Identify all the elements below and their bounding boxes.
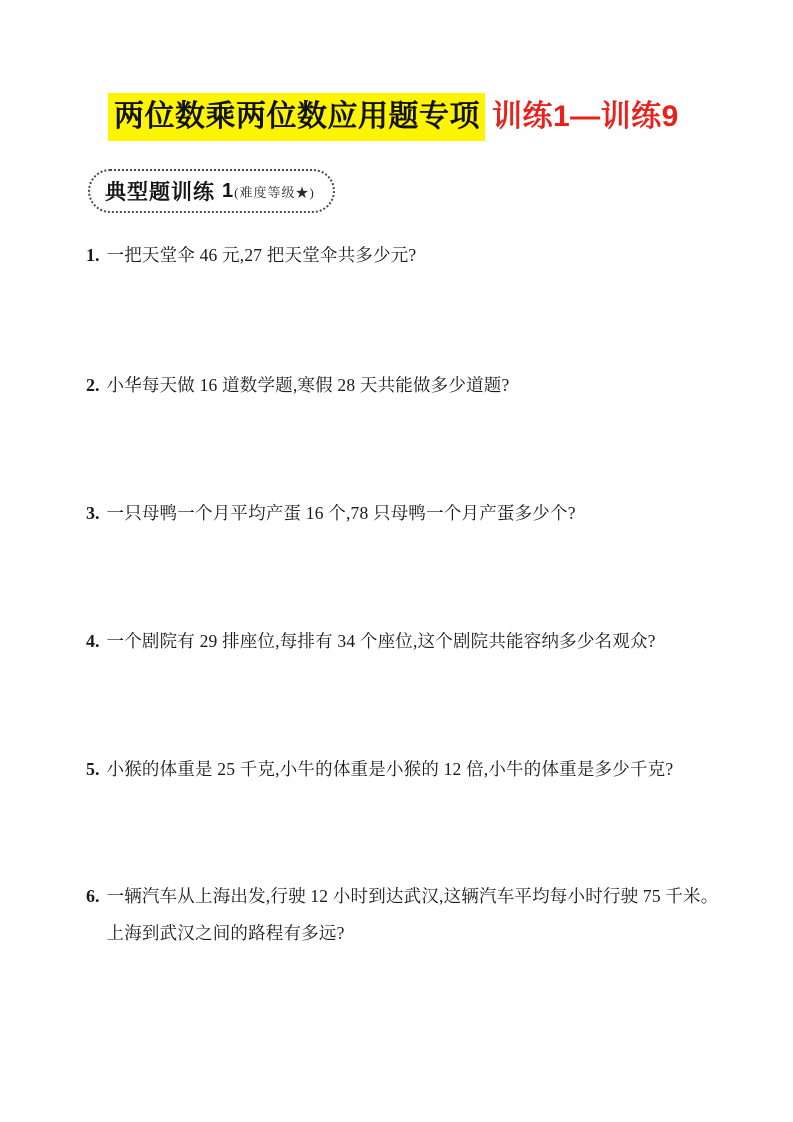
- question-text-line: 小猴的体重是 25 千克,小牛的体重是小猴的 12 倍,小牛的体重是多少千克?: [107, 751, 767, 788]
- question-item: 3.一只母鸭一个月平均产蛋 16 个,78 只母鸭一个月产蛋多少个?: [86, 495, 766, 532]
- question-text-line: 上海到武汉之间的路程有多远?: [107, 915, 767, 952]
- question-text: 一只母鸭一个月平均产蛋 16 个,78 只母鸭一个月产蛋多少个?: [107, 495, 767, 532]
- question-text: 小华每天做 16 道数学题,寒假 28 天共能做多少道题?: [107, 367, 767, 404]
- question-text: 小猴的体重是 25 千克,小牛的体重是小猴的 12 倍,小牛的体重是多少千克?: [107, 751, 767, 788]
- section-badge: 典型题训练 1 (难度等级★): [88, 169, 335, 213]
- question-text-line: 一只母鸭一个月平均产蛋 16 个,78 只母鸭一个月产蛋多少个?: [107, 495, 767, 532]
- question-number: 5.: [86, 751, 100, 788]
- title-highlighted-text: 两位数乘两位数应用题专项: [108, 93, 485, 141]
- question-number: 4.: [86, 623, 100, 660]
- question-text-line: 一辆汽车从上海出发,行驶 12 小时到达武汉,这辆汽车平均每小时行驶 75 千米…: [107, 878, 767, 915]
- question-text-line: 小华每天做 16 道数学题,寒假 28 天共能做多少道题?: [107, 367, 767, 404]
- question-number: 3.: [86, 495, 100, 532]
- question-text: 一把天堂伞 46 元,27 把天堂伞共多少元?: [107, 237, 767, 274]
- question-text: 一个剧院有 29 排座位,每排有 34 个座位,这个剧院共能容纳多少名观众?: [107, 623, 767, 660]
- question-text: 一辆汽车从上海出发,行驶 12 小时到达武汉,这辆汽车平均每小时行驶 75 千米…: [107, 878, 767, 952]
- title-training-range: 训练1—训练9: [492, 100, 679, 133]
- question-number: 1.: [86, 237, 100, 274]
- page-title: 两位数乘两位数应用题专项训练1—训练9: [108, 93, 679, 141]
- question-item: 1.一把天堂伞 46 元,27 把天堂伞共多少元?: [86, 237, 766, 274]
- question-number: 6.: [86, 878, 100, 915]
- question-number: 2.: [86, 367, 100, 404]
- question-item: 6.一辆汽车从上海出发,行驶 12 小时到达武汉,这辆汽车平均每小时行驶 75 …: [86, 878, 766, 952]
- badge-difficulty: (难度等级★): [234, 182, 315, 201]
- worksheet-page: 两位数乘两位数应用题专项训练1—训练9 典型题训练 1 (难度等级★) 1.一把…: [0, 0, 793, 1122]
- badge-label: 典型题训练: [105, 176, 215, 206]
- question-text-line: 一个剧院有 29 排座位,每排有 34 个座位,这个剧院共能容纳多少名观众?: [107, 623, 767, 660]
- question-item: 5.小猴的体重是 25 千克,小牛的体重是小猴的 12 倍,小牛的体重是多少千克…: [86, 751, 766, 788]
- badge-number: 1: [222, 180, 233, 203]
- question-text-line: 一把天堂伞 46 元,27 把天堂伞共多少元?: [107, 237, 767, 274]
- question-item: 2.小华每天做 16 道数学题,寒假 28 天共能做多少道题?: [86, 367, 766, 404]
- question-item: 4.一个剧院有 29 排座位,每排有 34 个座位,这个剧院共能容纳多少名观众?: [86, 623, 766, 660]
